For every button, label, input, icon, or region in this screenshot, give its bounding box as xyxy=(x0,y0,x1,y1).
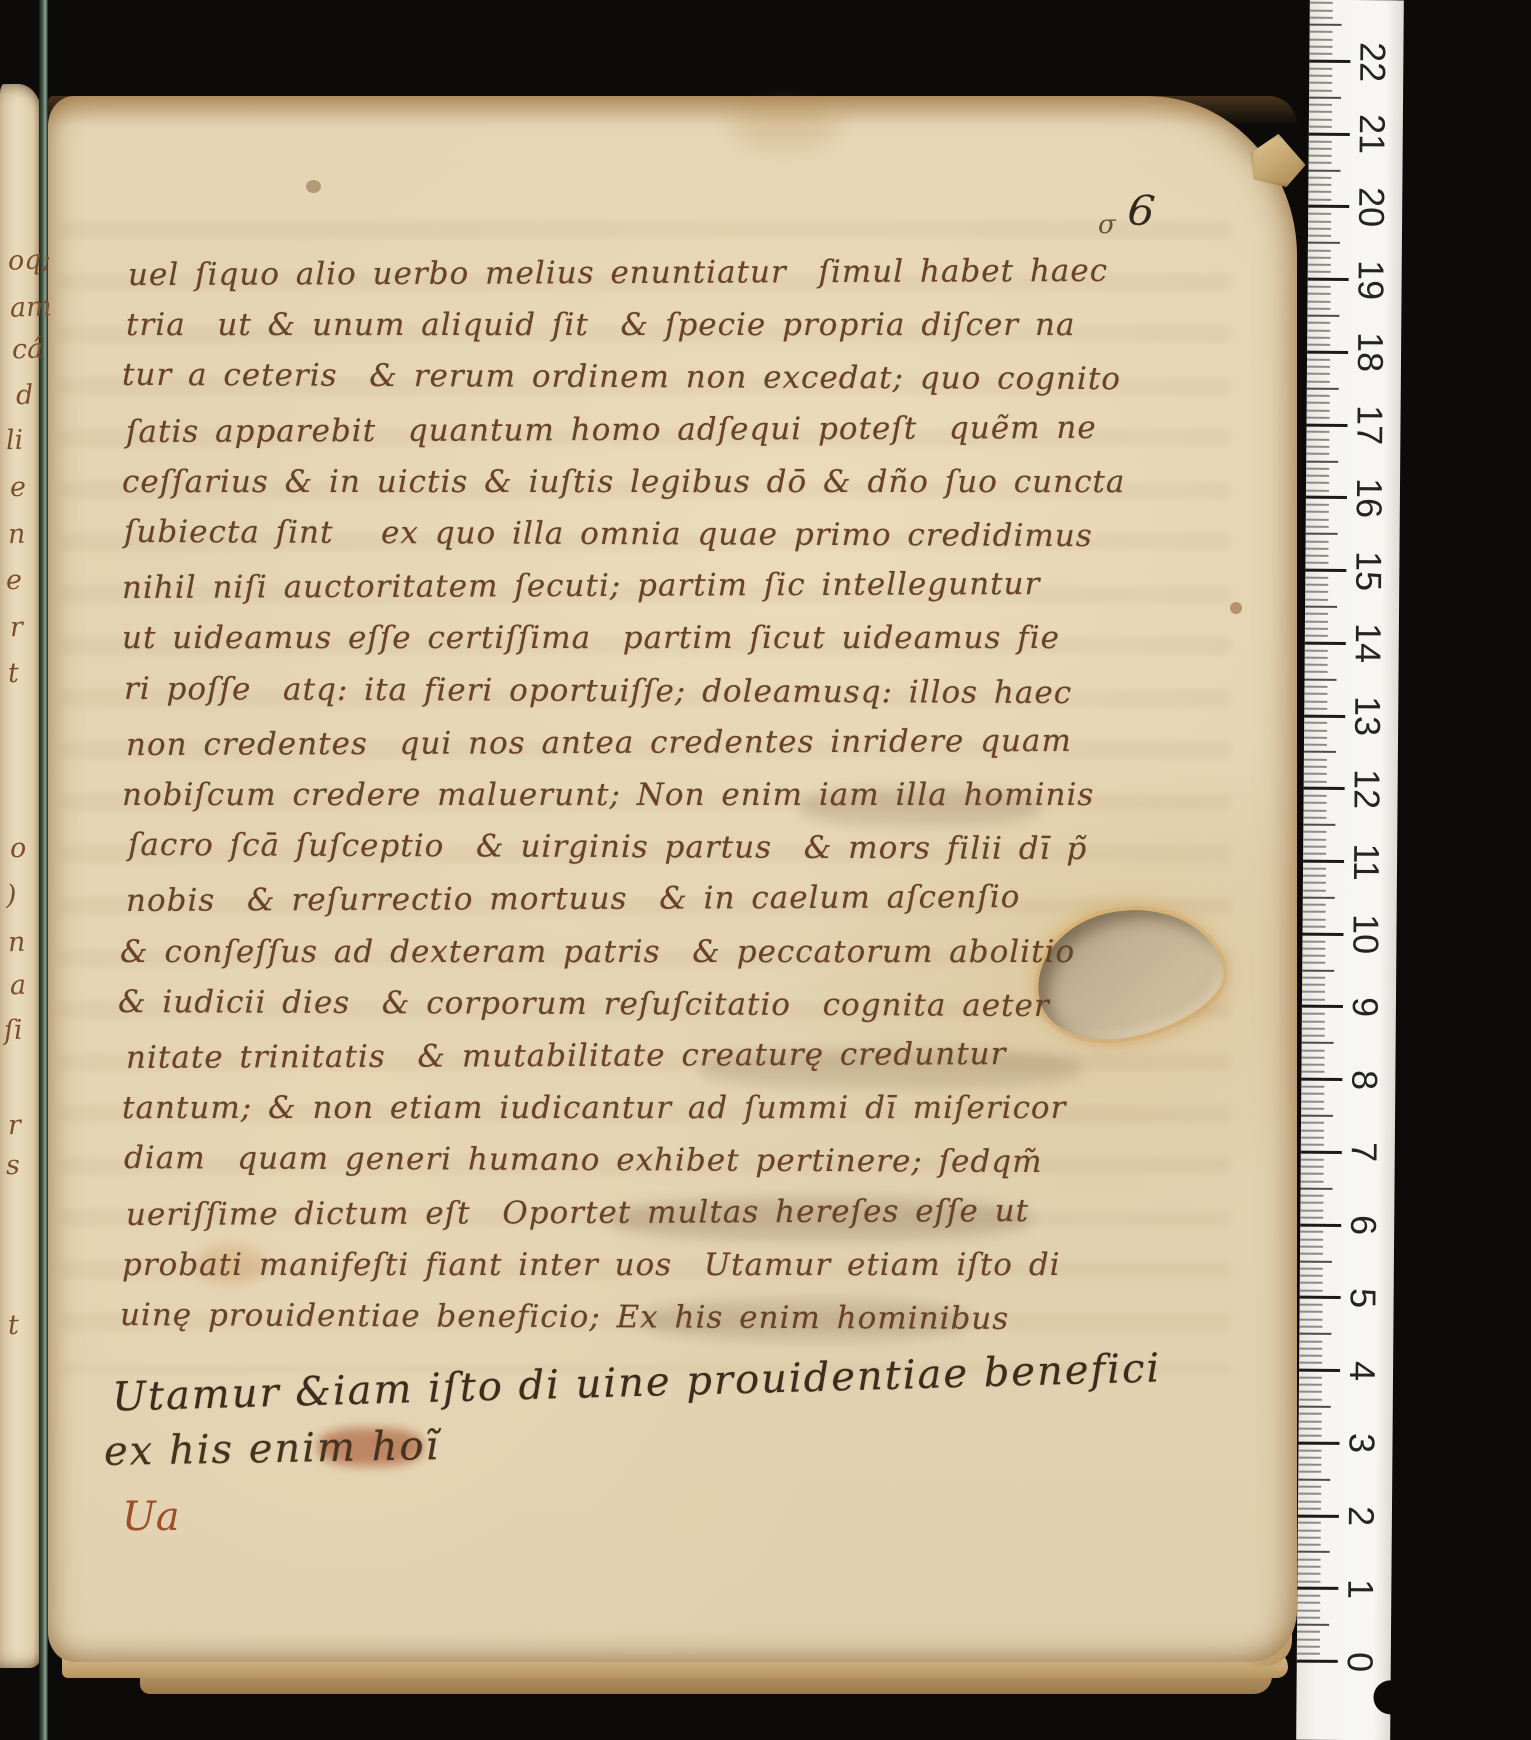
ruler-tick-mm xyxy=(1303,809,1326,811)
ruler-tick-mm xyxy=(1305,627,1328,629)
ruler-tick-cm xyxy=(1302,932,1343,935)
ruler-tick-mm xyxy=(1298,1536,1321,1538)
ruler-tick-mm xyxy=(1300,1195,1323,1197)
ruler-tick-mm xyxy=(1300,1238,1323,1240)
manuscript-line: uel ſiquo alio uerbo melius enuntiatur ſ… xyxy=(128,253,1108,293)
ruler-tick-mm xyxy=(1302,1049,1325,1051)
ruler-tick-half xyxy=(1302,969,1334,971)
ruler-tick-mm xyxy=(1309,126,1332,128)
ruler-tick-mm xyxy=(1309,75,1332,77)
ruler-tick-mm xyxy=(1304,700,1327,702)
ruler-number: 5 xyxy=(1340,1275,1384,1321)
margin-fragment: oq; xyxy=(7,244,51,276)
ruler-tick-cm xyxy=(1305,641,1346,644)
manuscript-line: tur a ceteris & rerum ordinem non exceda… xyxy=(122,357,1121,397)
ruler-tick-mm xyxy=(1310,2,1333,4)
ruler-tick-mm xyxy=(1303,911,1326,913)
ruler-tick-mm xyxy=(1298,1558,1321,1560)
ruler-tick-half xyxy=(1299,1406,1331,1408)
manuscript-line: ceſſarius & in uictis & iuſtis legibus d… xyxy=(122,464,1125,500)
ruler-number: 3 xyxy=(1339,1420,1383,1466)
ruler-tick-cm xyxy=(1303,860,1344,863)
ruler-tick-mm xyxy=(1305,664,1328,666)
measuring-ruler: 012345678910111213141516171819202122 xyxy=(1296,0,1404,1740)
ruler-tick-mm xyxy=(1301,1071,1324,1073)
ruler-tick-mm xyxy=(1308,293,1331,295)
margin-fragment: d xyxy=(15,380,33,412)
ruler-tick-mm xyxy=(1307,358,1330,360)
stain-dot xyxy=(306,180,321,193)
ruler-tick-mm xyxy=(1309,82,1332,84)
ruler-tick-mm xyxy=(1304,707,1327,709)
ruler-number: 16 xyxy=(1347,475,1391,521)
ruler-tick-mm xyxy=(1305,576,1328,578)
ruler-notch xyxy=(1373,1680,1407,1714)
ruler-number: 2 xyxy=(1339,1493,1383,1539)
ruler-tick-half xyxy=(1310,24,1342,26)
ruler-tick-mm xyxy=(1305,671,1328,673)
ruler-tick-cm xyxy=(1297,1587,1338,1590)
ruler-tick-mm xyxy=(1299,1398,1322,1400)
ruler-tick-mm xyxy=(1302,1020,1325,1022)
ruler-tick-mm xyxy=(1298,1493,1321,1495)
manuscript-line: probati manifeſti fiant inter uos Utamur… xyxy=(122,1247,1061,1283)
ruler-tick-mm xyxy=(1306,526,1329,528)
margin-fragment: n xyxy=(7,927,25,959)
ruler-tick-mm xyxy=(1310,17,1333,19)
ruler-tick-mm xyxy=(1307,307,1330,309)
ruler-tick-mm xyxy=(1310,9,1333,11)
ruler-tick-cm xyxy=(1304,787,1345,790)
ruler-tick-mm xyxy=(1308,177,1331,179)
manuscript-line: ueriſſime dictum eſt Oportet multas here… xyxy=(126,1193,1029,1233)
ruler-tick-mm xyxy=(1307,417,1330,419)
ruler-tick-mm xyxy=(1306,518,1329,520)
ruler-tick-mm xyxy=(1308,249,1331,251)
ruler-number: 11 xyxy=(1344,838,1388,884)
ruler-tick-mm xyxy=(1303,889,1326,891)
margin-fragment: o xyxy=(9,833,26,865)
ruler-tick-half xyxy=(1300,1260,1332,1262)
ruler-tick-mm xyxy=(1308,220,1331,222)
ruler-tick-cm xyxy=(1309,60,1350,63)
ruler-tick-mm xyxy=(1301,1173,1324,1175)
ruler-tick-half xyxy=(1304,678,1336,680)
ruler-tick-mm xyxy=(1297,1580,1320,1582)
ruler-tick-mm xyxy=(1309,46,1332,48)
ruler-tick-cm xyxy=(1304,714,1345,717)
ruler-tick-mm xyxy=(1298,1449,1321,1451)
margin-fragment: s xyxy=(5,1150,20,1181)
ruler-tick-mm xyxy=(1300,1304,1323,1306)
ruler-tick-mm xyxy=(1306,547,1329,549)
ruler-tick-mm xyxy=(1302,976,1325,978)
ruler-tick-mm xyxy=(1308,235,1331,237)
ruler-tick-mm xyxy=(1301,1086,1324,1088)
ruler-tick-mm xyxy=(1297,1595,1320,1597)
ruler-tick-mm xyxy=(1300,1202,1323,1204)
ruler-tick-mm xyxy=(1297,1646,1320,1648)
ruler-tick-mm xyxy=(1306,482,1329,484)
folio-margin-mark: σ xyxy=(1098,210,1116,240)
ruler-tick-mm xyxy=(1306,431,1329,433)
ruler-tick-mm xyxy=(1308,264,1331,266)
ruler-tick-mm xyxy=(1307,402,1330,404)
ruler-tick-mm xyxy=(1300,1216,1323,1218)
ruler-tick-mm xyxy=(1302,998,1325,1000)
ruler-tick-mm xyxy=(1301,1136,1324,1138)
ruler-tick-mm xyxy=(1298,1529,1321,1531)
ruler-tick-mm xyxy=(1301,1100,1324,1102)
ruler-tick-mm xyxy=(1305,635,1328,637)
ruler-tick-mm xyxy=(1306,475,1329,477)
margin-fragment: li xyxy=(5,425,23,457)
ruler-tick-mm xyxy=(1309,104,1332,106)
ruler-tick-mm xyxy=(1301,1064,1324,1066)
ruler-tick-mm xyxy=(1297,1602,1320,1604)
ruler-tick-mm xyxy=(1302,947,1325,949)
ruler-tick-mm xyxy=(1307,395,1330,397)
manuscript-line: ut uideamus eſſe certiſſima partim ſicut… xyxy=(122,620,1060,656)
stain-patch xyxy=(730,100,840,150)
ruler-number: 10 xyxy=(1343,911,1387,957)
ruler-tick-mm xyxy=(1310,38,1333,40)
ruler-tick-mm xyxy=(1306,446,1329,448)
ruler-tick-mm xyxy=(1302,955,1325,957)
ruler-tick-mm xyxy=(1299,1376,1322,1378)
ruler-tick-mm xyxy=(1298,1486,1321,1488)
ruler-tick-mm xyxy=(1298,1507,1321,1509)
ruler-tick-cm xyxy=(1305,569,1346,572)
ruler-tick-mm xyxy=(1305,598,1328,600)
ruler-tick-mm xyxy=(1306,467,1329,469)
ruler-tick-mm xyxy=(1302,991,1325,993)
ruler-tick-mm xyxy=(1303,882,1326,884)
ruler-tick-mm xyxy=(1298,1471,1321,1473)
ruler-tick-mm xyxy=(1303,867,1326,869)
ruler-tick-mm xyxy=(1304,729,1327,731)
ruler-number: 20 xyxy=(1349,184,1393,230)
ruler-tick-cm xyxy=(1298,1441,1339,1444)
ruler-tick-mm xyxy=(1305,591,1328,593)
manuscript-line: ſatis apparebit quantum homo adſequi pot… xyxy=(126,409,1097,449)
manuscript-line: nitate trinitatis & mutabilitate creatur… xyxy=(126,1036,1007,1076)
manuscript-line: ri poſſe atq: ita fieri oportuiſſe; dole… xyxy=(124,671,1072,711)
ruler-number: 0 xyxy=(1338,1638,1382,1684)
ruler-tick-half xyxy=(1304,751,1336,753)
ruler-tick-mm xyxy=(1307,380,1330,382)
ruler-tick-mm xyxy=(1302,1013,1325,1015)
added-line-2: ex his enim hoĩ xyxy=(104,1423,441,1475)
ruler-tick-mm xyxy=(1304,686,1327,688)
ruler-tick-half xyxy=(1299,1333,1331,1335)
manuscript-line: tria ut & unum aliquid ſit & ſpecie prop… xyxy=(126,307,1075,343)
manuscript-line: tantum; & non etiam iudicantur ad ſummi … xyxy=(122,1090,1066,1126)
ruler-tick-cm xyxy=(1309,132,1350,135)
ruler-tick-half xyxy=(1300,1187,1332,1189)
ruler-tick-cm xyxy=(1308,205,1349,208)
ruler-tick-cm xyxy=(1307,351,1348,354)
ruler-tick-mm xyxy=(1299,1340,1322,1342)
ruler-tick-half xyxy=(1303,896,1335,898)
ruler-tick-mm xyxy=(1303,853,1326,855)
ruler-tick-mm xyxy=(1299,1326,1322,1328)
ruler-tick-mm xyxy=(1309,147,1332,149)
ruler-tick-mm xyxy=(1298,1522,1321,1524)
ruler-tick-mm xyxy=(1304,802,1327,804)
ruler-tick-mm xyxy=(1309,67,1332,69)
manuscript-photo: σ 6 uel ſiquo alio uerbo melius enuntiat… xyxy=(0,0,1531,1740)
ruler-number: 6 xyxy=(1341,1202,1385,1248)
manuscript-line: diam quam generi humano exhibet pertiner… xyxy=(124,1140,1043,1180)
ruler-tick-mm xyxy=(1307,300,1330,302)
ruler-number: 1 xyxy=(1338,1566,1382,1612)
ruler-tick-mm xyxy=(1304,693,1327,695)
ruler-tick-mm xyxy=(1304,736,1327,738)
ruler-tick-mm xyxy=(1309,89,1332,91)
ruler-tick-mm xyxy=(1305,555,1328,557)
ruler-tick-cm xyxy=(1306,496,1347,499)
ruler-tick-mm xyxy=(1299,1435,1322,1437)
ruler-tick-mm xyxy=(1307,322,1330,324)
ruler-number: 19 xyxy=(1348,257,1392,303)
ruler-tick-mm xyxy=(1304,780,1327,782)
ruler-tick-mm xyxy=(1303,926,1326,928)
ruler-tick-mm xyxy=(1299,1355,1322,1357)
ruler-tick-mm xyxy=(1306,489,1329,491)
ruler-tick-mm xyxy=(1303,816,1326,818)
stain-dot xyxy=(1230,602,1242,614)
ruler-tick-mm xyxy=(1302,1035,1325,1037)
ruler-tick-mm xyxy=(1309,140,1332,142)
ruler-tick-cm xyxy=(1302,1005,1343,1008)
ruler-number: 22 xyxy=(1350,38,1394,84)
ruler-tick-mm xyxy=(1300,1282,1323,1284)
ruler-tick-half xyxy=(1303,824,1335,826)
ruler-tick-mm xyxy=(1307,344,1330,346)
ruler-tick-mm xyxy=(1297,1653,1320,1655)
ruler-tick-mm xyxy=(1301,1180,1324,1182)
ruler-tick-mm xyxy=(1308,184,1331,186)
ruler-tick-mm xyxy=(1299,1318,1322,1320)
ruler-tick-mm xyxy=(1301,1093,1324,1095)
ruler-tick-mm xyxy=(1304,795,1327,797)
ruler-tick-mm xyxy=(1300,1231,1323,1233)
ruler-tick-mm xyxy=(1305,562,1328,564)
ruler-tick-mm xyxy=(1304,722,1327,724)
ruler-tick-mm xyxy=(1309,155,1332,157)
ruler-tick-mm xyxy=(1303,831,1326,833)
ruler-tick-mm xyxy=(1297,1609,1320,1611)
ruler-tick-mm xyxy=(1305,656,1328,658)
ruler-tick-mm xyxy=(1301,1129,1324,1131)
ruler-tick-mm xyxy=(1306,540,1329,542)
ruler-tick-mm xyxy=(1308,227,1331,229)
manuscript-line: uinę prouidentiae beneficio; Ex his enim… xyxy=(120,1297,1009,1337)
ruler-tick-half xyxy=(1305,606,1337,608)
ruler-number: 13 xyxy=(1345,693,1389,739)
ruler-tick-mm xyxy=(1309,162,1332,164)
margin-fragment: a xyxy=(9,970,26,1002)
manuscript-line: & iudicii dies & corporum reſuſcitatio c… xyxy=(118,984,1050,1024)
ruler-tick-mm xyxy=(1309,118,1332,120)
ruler-number: 18 xyxy=(1348,329,1392,375)
ruler-tick-mm xyxy=(1305,584,1328,586)
ruler-tick-mm xyxy=(1301,1158,1324,1160)
ruler-tick-mm xyxy=(1299,1347,1322,1349)
margin-fragment: n xyxy=(7,519,25,551)
ruler-tick-mm xyxy=(1297,1638,1320,1640)
margin-fragment: r xyxy=(9,612,23,643)
ruler-number: 4 xyxy=(1340,1348,1384,1394)
ruler-tick-cm xyxy=(1301,1078,1342,1081)
ruler-tick-half xyxy=(1298,1551,1330,1553)
ruler-tick-mm xyxy=(1307,329,1330,331)
ruler-tick-mm xyxy=(1301,1122,1324,1124)
ruler-tick-mm xyxy=(1299,1413,1322,1415)
ruler-tick-mm xyxy=(1297,1616,1320,1618)
ruler-number: 21 xyxy=(1350,111,1394,157)
ruler-tick-mm xyxy=(1298,1544,1321,1546)
margin-fragment: t xyxy=(7,658,19,689)
ruler-tick-mm xyxy=(1303,918,1326,920)
ruler-tick-half xyxy=(1297,1624,1329,1626)
margin-fragment: am xyxy=(9,291,52,323)
margin-fragment: r xyxy=(7,1110,21,1141)
ruler-tick-mm xyxy=(1308,286,1331,288)
ruler-tick-mm xyxy=(1304,758,1327,760)
ruler-tick-cm xyxy=(1306,423,1347,426)
ruler-tick-mm xyxy=(1306,453,1329,455)
ruler-tick-mm xyxy=(1300,1209,1323,1211)
ruler-tick-cm xyxy=(1298,1514,1339,1517)
ruler-number: 14 xyxy=(1346,620,1390,666)
ruler-tick-mm xyxy=(1310,31,1333,33)
margin-fragment: ſi xyxy=(3,1015,23,1047)
ruler-number: 8 xyxy=(1342,1057,1386,1103)
ruler-tick-mm xyxy=(1302,1027,1325,1029)
manuscript-line: nihil niſi auctoritatem ſecuti; partim ſ… xyxy=(122,566,1041,606)
ruler-tick-mm xyxy=(1303,875,1326,877)
ruler-tick-mm xyxy=(1306,438,1329,440)
ruler-tick-half xyxy=(1308,169,1340,171)
folio-number: 6 xyxy=(1126,185,1158,237)
ruler-tick-mm xyxy=(1297,1573,1320,1575)
ruler-tick-mm xyxy=(1300,1246,1323,1248)
ruler-tick-mm xyxy=(1298,1500,1321,1502)
ruler-tick-mm xyxy=(1297,1631,1320,1633)
ruler-number: 15 xyxy=(1346,548,1390,594)
ruler-tick-mm xyxy=(1298,1464,1321,1466)
ruler-number: 9 xyxy=(1343,984,1387,1030)
ruler-tick-mm xyxy=(1299,1420,1322,1422)
ruler-tick-mm xyxy=(1303,846,1326,848)
ruler-tick-half xyxy=(1306,460,1338,462)
ruler-tick-mm xyxy=(1300,1289,1323,1291)
manuscript-line: ſacro ſcā ſuſceptio & uirginis partus & … xyxy=(128,827,1087,867)
ruler-tick-mm xyxy=(1309,111,1332,113)
ruler-tick-mm xyxy=(1298,1566,1321,1568)
ruler-tick-mm xyxy=(1307,373,1330,375)
ruler-tick-half xyxy=(1308,242,1340,244)
manuscript-line: non credentes qui nos antea credentes in… xyxy=(126,723,1072,763)
ruler-tick-mm xyxy=(1298,1456,1321,1458)
ruler-tick-mm xyxy=(1308,191,1331,193)
ruler-tick-cm xyxy=(1299,1369,1340,1372)
ruler-tick-mm xyxy=(1301,1166,1324,1168)
manuscript-line: nobis & reſurrectio mortuus & in caelum … xyxy=(126,879,1021,919)
ruler-tick-mm xyxy=(1305,613,1328,615)
margin-fragment: cá xyxy=(11,333,43,365)
ruler-tick-mm xyxy=(1307,409,1330,411)
ruler-tick-mm xyxy=(1302,1056,1325,1058)
ruler-tick-mm xyxy=(1303,904,1326,906)
ruler-tick-mm xyxy=(1303,838,1326,840)
ruler-tick-cm xyxy=(1297,1660,1338,1663)
ruler-tick-mm xyxy=(1308,271,1331,273)
ruler-tick-mm xyxy=(1301,1107,1324,1109)
ruler-tick-mm xyxy=(1302,962,1325,964)
ruler-tick-half xyxy=(1306,533,1338,535)
manuscript-line: ſubiecta ſint ex quo illa omnia quae pri… xyxy=(124,514,1093,554)
ruler-tick-mm xyxy=(1299,1362,1322,1364)
ruler-tick-mm xyxy=(1308,198,1331,200)
ruler-tick-half xyxy=(1302,1042,1334,1044)
ruler-tick-mm xyxy=(1300,1275,1323,1277)
ruler-tick-mm xyxy=(1299,1384,1322,1386)
margin-fragment: e xyxy=(5,565,22,597)
ruler-tick-half xyxy=(1301,1115,1333,1117)
ruler-tick-mm xyxy=(1307,366,1330,368)
ruler-tick-half xyxy=(1309,97,1341,99)
ruler-tick-mm xyxy=(1300,1267,1323,1269)
ruler-tick-mm xyxy=(1307,337,1330,339)
ruler-tick-cm xyxy=(1300,1223,1341,1226)
ruler-tick-half xyxy=(1307,387,1339,389)
ruler-tick-mm xyxy=(1302,940,1325,942)
ruler-tick-cm xyxy=(1301,1151,1342,1154)
ruler-tick-mm xyxy=(1308,257,1331,259)
manuscript-line: & conſeſſus ad dexteram patris & peccato… xyxy=(120,934,1075,970)
ruler-tick-mm xyxy=(1299,1391,1322,1393)
margin-fragment: ) xyxy=(5,880,17,911)
ruler-tick-mm xyxy=(1306,504,1329,506)
ruler-tick-mm xyxy=(1300,1311,1323,1313)
manuscript-line: nobiſcum credere maluerunt; Non enim iam… xyxy=(122,777,1094,813)
ruler-tick-mm xyxy=(1299,1427,1322,1429)
ruler-tick-mm xyxy=(1304,766,1327,768)
margin-fragment: t xyxy=(7,1310,19,1341)
ruler-tick-mm xyxy=(1301,1144,1324,1146)
ruler-tick-mm xyxy=(1308,213,1331,215)
catchword: Ua xyxy=(122,1494,180,1540)
margin-fragment: e xyxy=(9,472,26,504)
ruler-number: 7 xyxy=(1342,1129,1386,1175)
ruler-tick-mm xyxy=(1305,649,1328,651)
ruler-tick-mm xyxy=(1300,1253,1323,1255)
ruler-tick-cm xyxy=(1308,278,1349,281)
ruler-number: 17 xyxy=(1347,402,1391,448)
ruler-tick-mm xyxy=(1304,773,1327,775)
ruler-tick-half xyxy=(1298,1478,1330,1480)
ruler-tick-mm xyxy=(1302,984,1325,986)
ruler-tick-cm xyxy=(1300,1296,1341,1299)
ruler-tick-half xyxy=(1307,315,1339,317)
ruler-number: 12 xyxy=(1344,766,1388,812)
ruler-tick-mm xyxy=(1305,620,1328,622)
ruler-tick-mm xyxy=(1304,744,1327,746)
ruler-tick-mm xyxy=(1309,53,1332,55)
